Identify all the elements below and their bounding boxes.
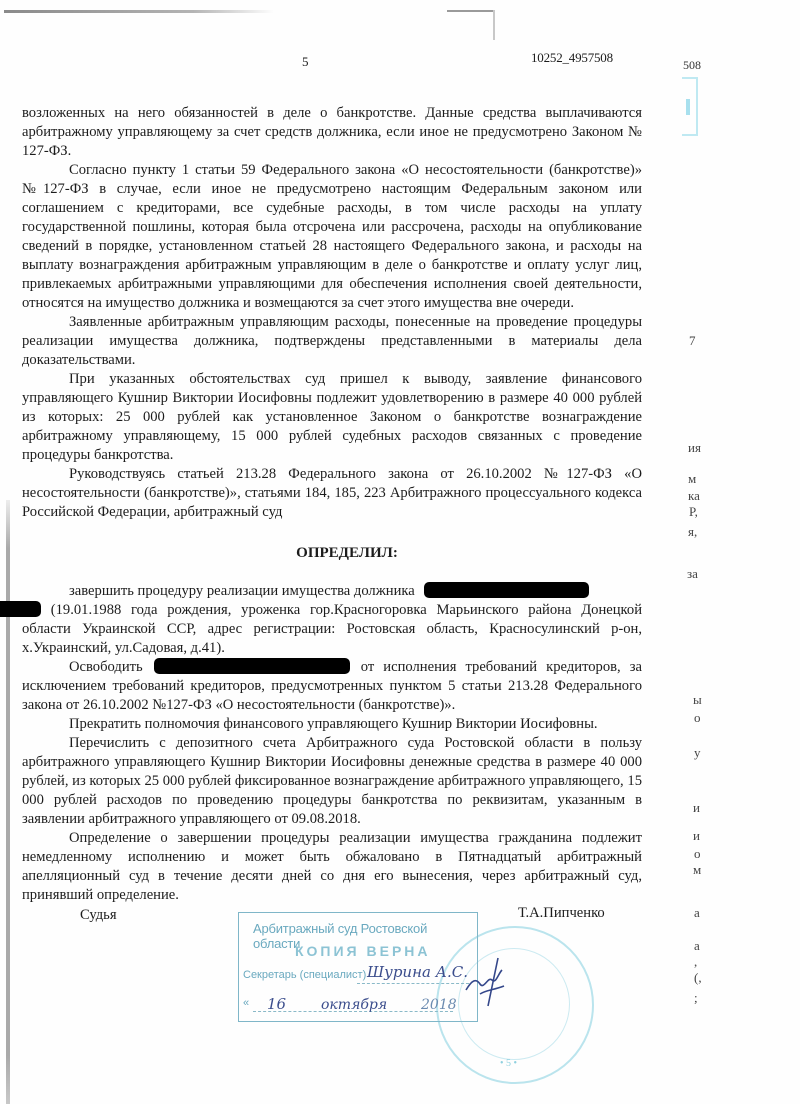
bleed-through-fragment: ка: [688, 488, 700, 504]
bleed-through-fragment: Р,: [689, 504, 698, 520]
scan-edge-left: [6, 500, 10, 1104]
document-body: возложенных на него обязанностей в деле …: [22, 104, 642, 905]
stamp-secretary-label: Секретарь (специалист): [243, 969, 366, 981]
bleed-through-fragment: за: [687, 566, 698, 582]
bleed-through-fragment: и: [693, 828, 700, 844]
bleed-through-fragment: 7: [689, 333, 696, 349]
redacted-debtor-name-2: [154, 658, 350, 674]
bleed-through-fragment: (,: [694, 970, 702, 986]
bleed-through-fragment: я,: [688, 524, 697, 540]
bleed-through-fragment: м: [688, 471, 696, 487]
bleed-through-fragment: о: [694, 710, 701, 726]
stamp-certified-label: КОПИЯ ВЕРНА: [295, 943, 431, 959]
ruling-transfer-funds: Перечислить с депозитного счета Арбитраж…: [22, 734, 642, 829]
document-id: 10252_4957508: [531, 50, 613, 66]
certified-copy-stamp: Арбитражный суд Ростовской области КОПИЯ…: [238, 912, 478, 1022]
bleed-through-fragment: о: [694, 846, 701, 862]
bleed-through-fragment: и: [693, 800, 700, 816]
bleed-through-fragment: ,: [694, 954, 697, 970]
paragraph-expense-payment: возложенных на него обязанностей в деле …: [22, 104, 642, 161]
bleed-through-fragment: м: [693, 862, 701, 878]
page-number: 5: [302, 54, 309, 70]
ruling-appeal-notice: Определение о завершении процедуры реали…: [22, 829, 642, 905]
bleed-through-fragment: ы: [693, 692, 702, 708]
judge-name: Т.А.Пипченко: [518, 905, 605, 922]
bleed-through-fragment: ия: [688, 440, 701, 456]
ruling-terminate-powers: Прекратить полномочия финансового управл…: [22, 715, 642, 734]
bleed-stamp-mark: [686, 99, 690, 115]
bleed-through-fragment: а: [694, 938, 700, 954]
stamp-date-month: октября: [321, 997, 387, 1013]
ruling-release-text: Освободить: [69, 659, 143, 675]
paragraph-law-article-59: Согласно пункту 1 статьи 59 Федерального…: [22, 161, 642, 313]
stamp-date-prefix: «: [243, 997, 249, 1009]
bleed-through-fragment: ;: [694, 990, 698, 1006]
ruling-complete-text: завершить процедуру реализации имущества…: [69, 583, 415, 599]
paragraph-court-conclusion: При указанных обстоятельствах суд пришел…: [22, 370, 642, 465]
ruling-release-debtor: Освободить от исполнения требований кред…: [22, 658, 642, 715]
bleed-through-id: 508: [683, 58, 701, 73]
stamp-signature-line: [357, 983, 469, 984]
ruling-debtor-details: (19.01.1988 года рождения, уроженка гор.…: [22, 602, 642, 656]
scan-edge-top: [4, 10, 274, 13]
stamp-secretary-signature: Шурина А.С.: [367, 963, 468, 981]
bleed-through-fragment: а: [694, 905, 700, 921]
bleed-stamp-fragment: [682, 77, 698, 136]
paragraph-claimed-expenses: Заявленные арбитражным управляющим расхо…: [22, 313, 642, 370]
scan-edge-top-right: [447, 10, 495, 12]
redacted-debtor-name-cont: [0, 601, 41, 617]
ruling-complete-procedure: завершить процедуру реализации имущества…: [22, 582, 642, 658]
judge-label: Судья: [80, 907, 117, 924]
handwritten-signature-icon: [458, 950, 518, 1010]
ruling-heading: ОПРЕДЕЛИЛ:: [22, 544, 642, 563]
stamp-date-day: 16: [267, 995, 286, 1013]
paragraph-legal-basis: Руководствуясь статьей 213.28 Федерально…: [22, 465, 642, 522]
court-seal-text: • 5 •: [500, 1058, 517, 1069]
redacted-debtor-name: [424, 582, 589, 598]
stamp-date-year: 2018: [421, 997, 457, 1013]
scan-edge-top-right-vertical: [493, 10, 495, 40]
bleed-through-fragment: у: [694, 745, 701, 761]
